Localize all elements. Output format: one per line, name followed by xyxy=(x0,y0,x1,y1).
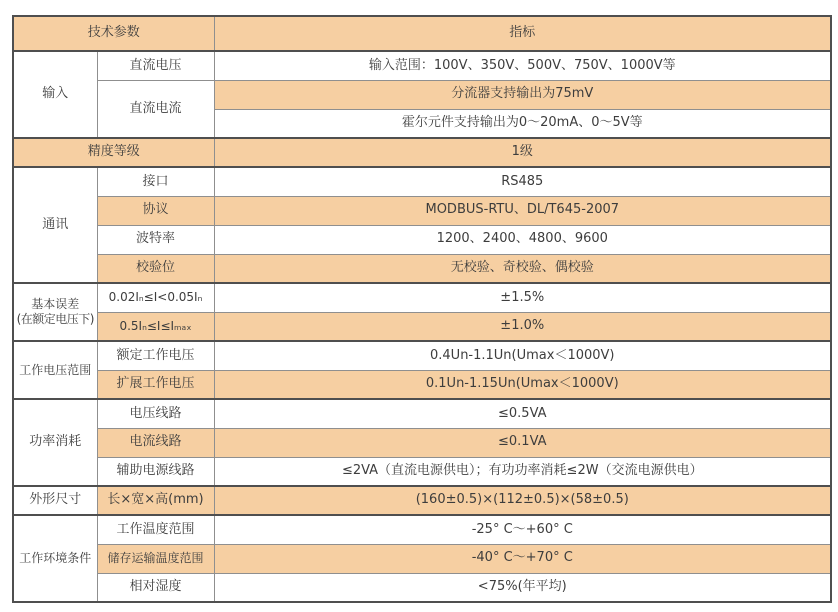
row-humidity: 相对湿度 <75%(年平均) xyxy=(13,573,831,602)
cell-dc-current-value-1: 分流器支持输出为75mV xyxy=(214,80,831,109)
row-dimensions: 外形尺寸 长×宽×高(mm) (160±0.5)×(112±0.5)×(58±0… xyxy=(13,486,831,515)
cell-dc-voltage-value: 输入范围：100V、350V、500V、750V、1000V等 xyxy=(214,51,831,80)
cell-work-temp-value: -25° C～+60° C xyxy=(214,515,831,544)
cell-interface: 接口 xyxy=(97,167,214,196)
cell-voltage-line: 电压线路 xyxy=(97,399,214,428)
cell-protocol-value: MODBUS-RTU、DL/T645-2007 xyxy=(214,196,831,225)
row-parity: 校验位 无校验、奇校验、偶校验 xyxy=(13,254,831,283)
row-protocol: 协议 MODBUS-RTU、DL/T645-2007 xyxy=(13,196,831,225)
cell-dc-current-value-2: 霍尔元件支持输出为0～20mA、0～5V等 xyxy=(214,109,831,138)
cell-input-group: 输入 xyxy=(13,51,97,138)
cell-current-line: 电流线路 xyxy=(97,428,214,457)
row-voltage-line: 功率消耗 电压线路 ≤0.5VA xyxy=(13,399,831,428)
row-storage-temp: 储存运输温度范围 -40° C～+70° C xyxy=(13,544,831,573)
header-indicator: 指标 xyxy=(214,16,831,51)
cell-aux-line-value: ≤2VA（直流电源供电）；有功功率消耗≤2W（交流电源供电） xyxy=(214,457,831,486)
cell-rated-voltage: 额定工作电压 xyxy=(97,341,214,370)
header-row: 技术参数 指标 xyxy=(13,16,831,51)
cell-error-group: 基本误差 (在额定电压下) xyxy=(13,283,97,341)
cell-dimensions-group: 外形尺寸 xyxy=(13,486,97,515)
cell-storage-temp-value: -40° C～+70° C xyxy=(214,544,831,573)
cell-humidity: 相对湿度 xyxy=(97,573,214,602)
cell-aux-line: 辅助电源线路 xyxy=(97,457,214,486)
cell-interface-value: RS485 xyxy=(214,167,831,196)
row-rated-voltage: 工作电压范围 额定工作电压 0.4Un-1.1Un(Umax＜1000V) xyxy=(13,341,831,370)
cell-accuracy-label: 精度等级 xyxy=(13,138,214,167)
cell-baud: 波特率 xyxy=(97,225,214,254)
cell-voltage-range-group: 工作电压范围 xyxy=(13,341,97,399)
error-group-line2: (在额定电压下) xyxy=(15,312,96,327)
cell-error-range2-value: ±1.0% xyxy=(214,312,831,341)
header-params: 技术参数 xyxy=(13,16,214,51)
cell-storage-temp: 储存运输温度范围 xyxy=(97,544,214,573)
cell-error-range1: 0.02Iₙ≤I<0.05Iₙ xyxy=(97,283,214,312)
cell-parity-value: 无校验、奇校验、偶校验 xyxy=(214,254,831,283)
cell-error-range2: 0.5Iₙ≤I≤Iₘₐₓ xyxy=(97,312,214,341)
cell-dimensions-label: 长×宽×高(mm) xyxy=(97,486,214,515)
row-interface: 通讯 接口 RS485 xyxy=(13,167,831,196)
cell-dimensions-value: (160±0.5)×(112±0.5)×(58±0.5) xyxy=(214,486,831,515)
row-extended-voltage: 扩展工作电压 0.1Un-1.15Un(Umax＜1000V) xyxy=(13,370,831,399)
cell-humidity-value: <75%(年平均) xyxy=(214,573,831,602)
cell-work-temp: 工作温度范围 xyxy=(97,515,214,544)
cell-accuracy-value: 1级 xyxy=(214,138,831,167)
row-error-2: 0.5Iₙ≤I≤Iₘₐₓ ±1.0% xyxy=(13,312,831,341)
cell-baud-value: 1200、2400、4800、9600 xyxy=(214,225,831,254)
row-dc-current-1: 直流电流 分流器支持输出为75mV xyxy=(13,80,831,109)
cell-current-line-value: ≤0.1VA xyxy=(214,428,831,457)
spec-table: 技术参数 指标 输入 直流电压 输入范围：100V、350V、500V、750V… xyxy=(12,15,832,603)
cell-protocol: 协议 xyxy=(97,196,214,225)
cell-dc-current: 直流电流 xyxy=(97,80,214,138)
row-work-temp: 工作环境条件 工作温度范围 -25° C～+60° C xyxy=(13,515,831,544)
row-aux-line: 辅助电源线路 ≤2VA（直流电源供电）；有功功率消耗≤2W（交流电源供电） xyxy=(13,457,831,486)
row-accuracy: 精度等级 1级 xyxy=(13,138,831,167)
error-group-line1: 基本误差 xyxy=(15,297,96,312)
cell-rated-voltage-value: 0.4Un-1.1Un(Umax＜1000V) xyxy=(214,341,831,370)
cell-extended-voltage-value: 0.1Un-1.15Un(Umax＜1000V) xyxy=(214,370,831,399)
cell-power-group: 功率消耗 xyxy=(13,399,97,486)
cell-dc-voltage: 直流电压 xyxy=(97,51,214,80)
page: 技术参数 指标 输入 直流电压 输入范围：100V、350V、500V、750V… xyxy=(0,0,838,603)
cell-environment-group: 工作环境条件 xyxy=(13,515,97,602)
cell-extended-voltage: 扩展工作电压 xyxy=(97,370,214,399)
row-baud: 波特率 1200、2400、4800、9600 xyxy=(13,225,831,254)
cell-comm-group: 通讯 xyxy=(13,167,97,283)
row-error-1: 基本误差 (在额定电压下) 0.02Iₙ≤I<0.05Iₙ ±1.5% xyxy=(13,283,831,312)
row-current-line: 电流线路 ≤0.1VA xyxy=(13,428,831,457)
cell-voltage-line-value: ≤0.5VA xyxy=(214,399,831,428)
cell-error-range1-value: ±1.5% xyxy=(214,283,831,312)
row-dc-voltage: 输入 直流电压 输入范围：100V、350V、500V、750V、1000V等 xyxy=(13,51,831,80)
cell-parity: 校验位 xyxy=(97,254,214,283)
